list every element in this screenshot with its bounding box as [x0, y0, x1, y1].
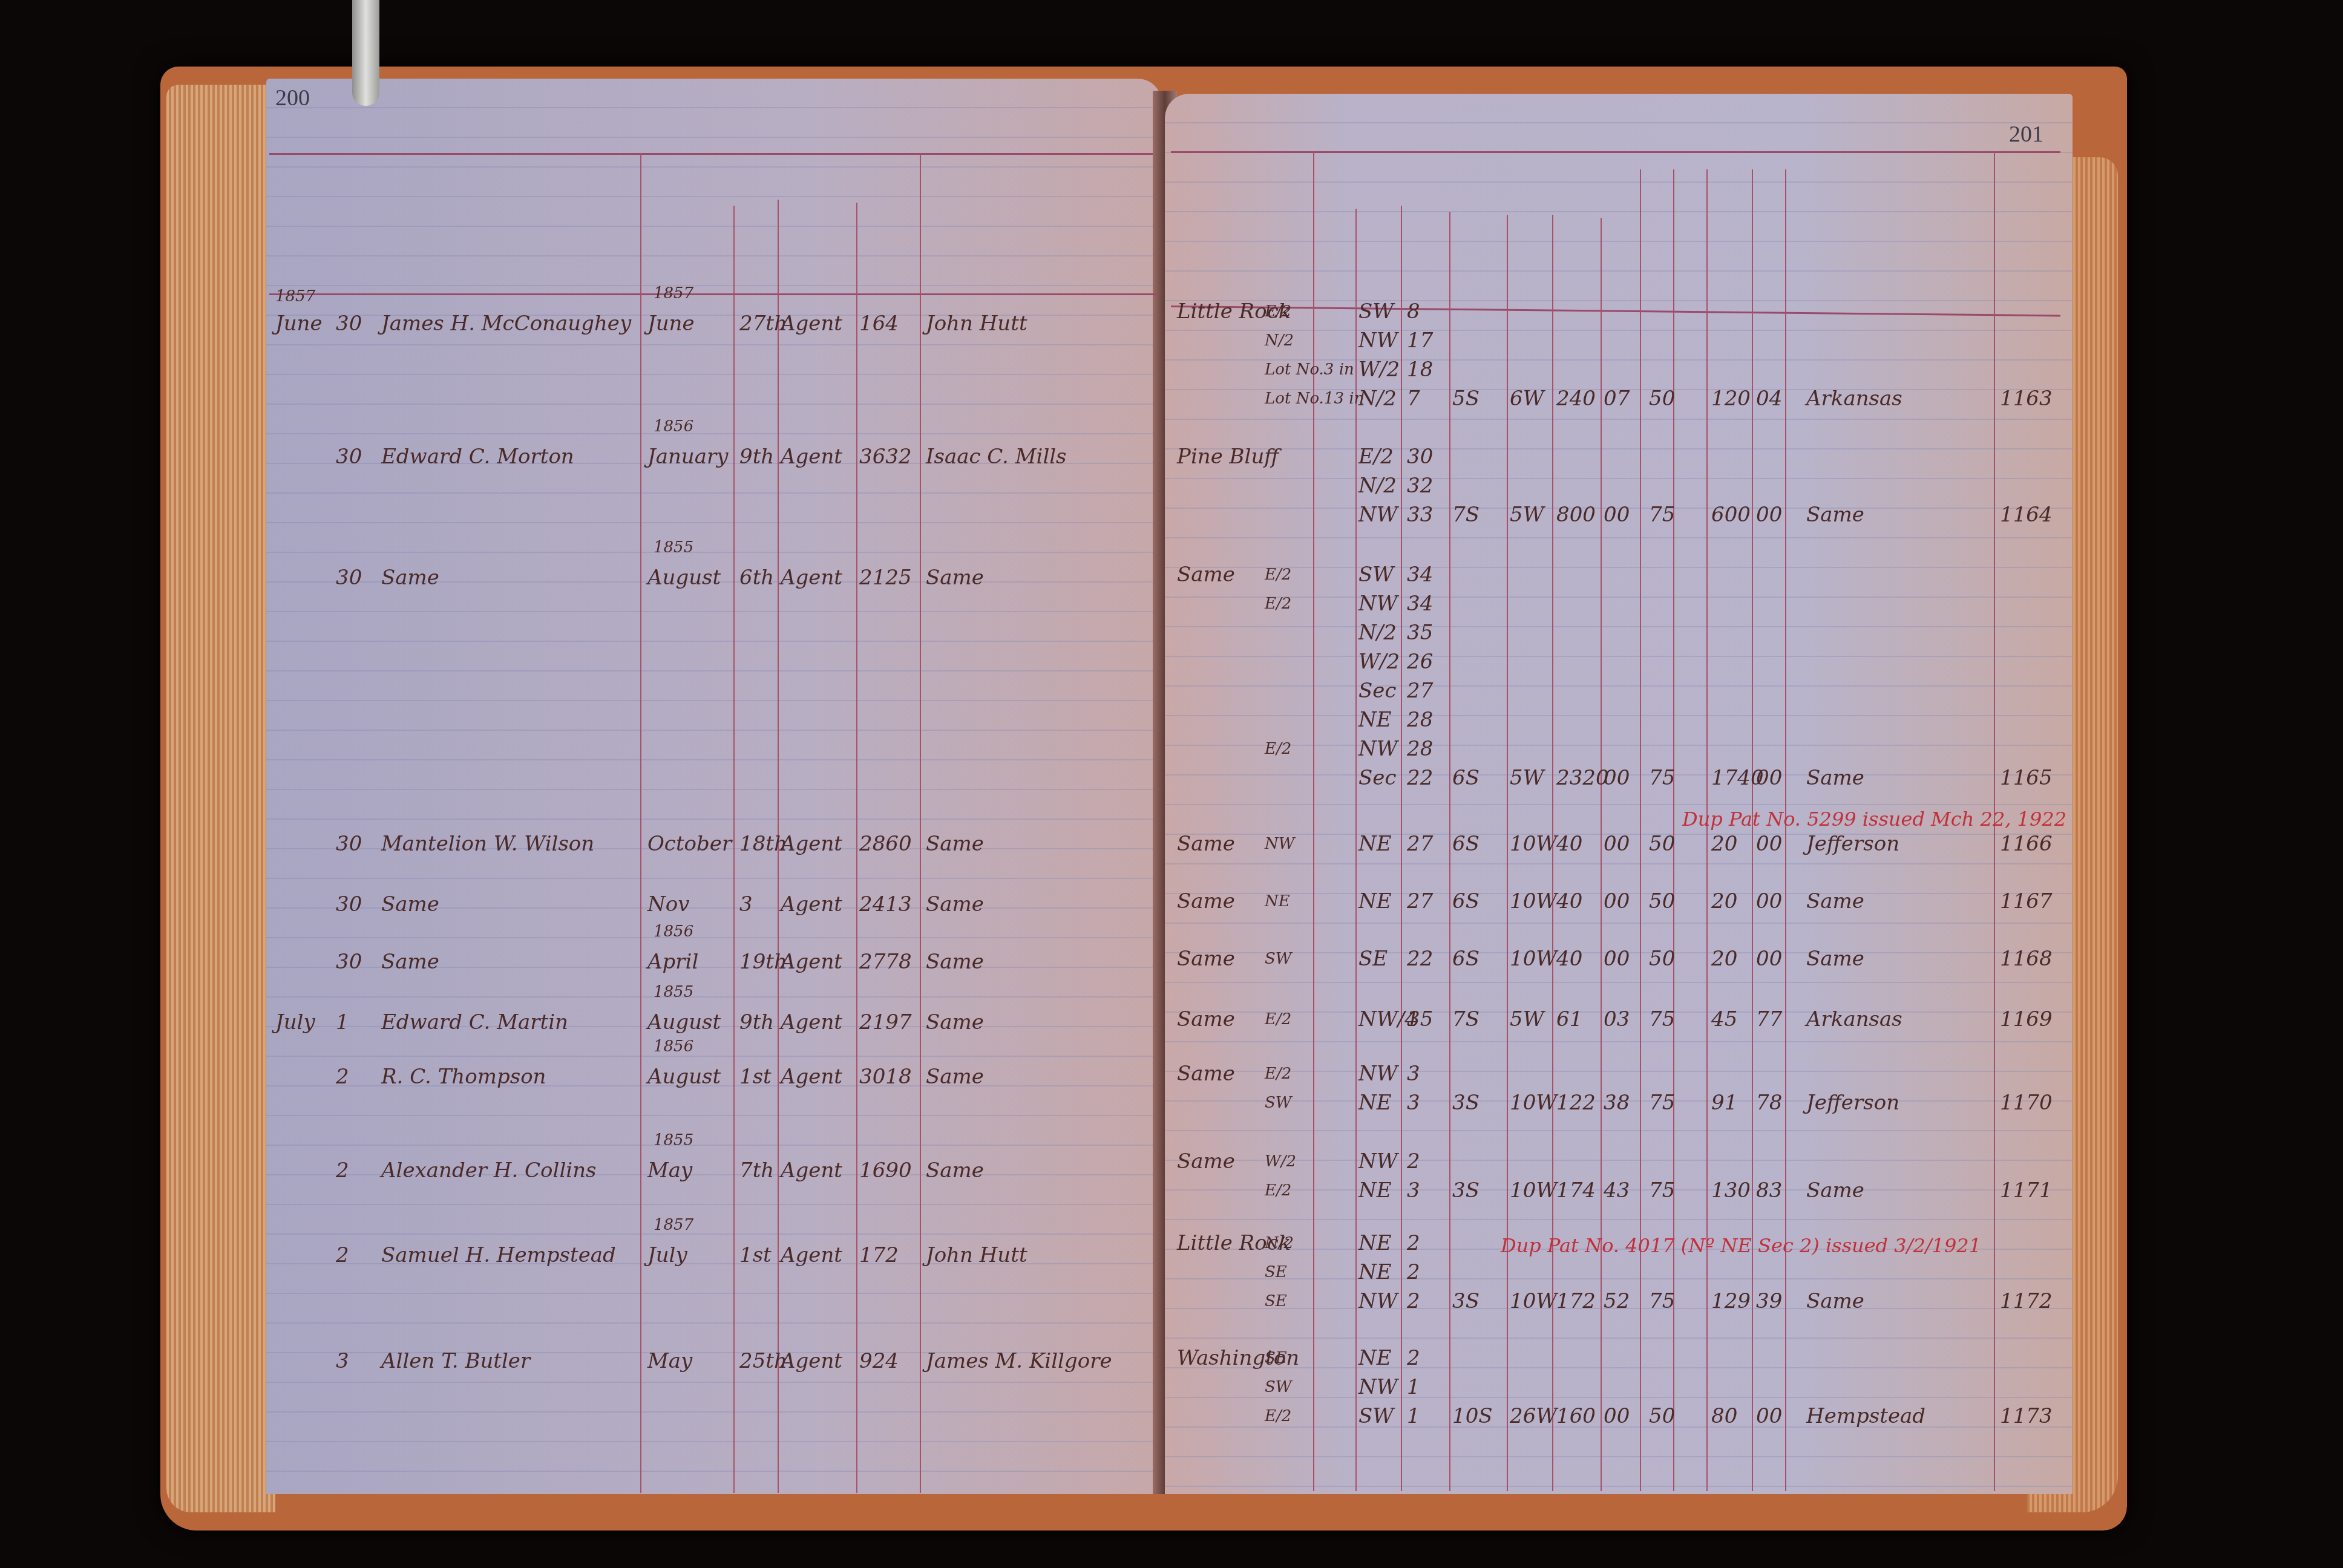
- entry-day: 30: [336, 950, 362, 974]
- acres-fraction: 52: [1604, 1289, 1630, 1313]
- range: 10W: [1510, 1289, 1557, 1313]
- subdivision: Sec: [1358, 766, 1396, 790]
- section-number: 35: [1407, 1007, 1433, 1031]
- certificate-number: 172: [859, 1243, 899, 1267]
- amount: 91: [1711, 1091, 1737, 1115]
- location-year: 1855: [654, 983, 693, 1001]
- column-rule: [733, 206, 735, 1493]
- subdivision-part: SW: [1265, 1094, 1292, 1112]
- entry-month: July: [275, 1010, 315, 1034]
- location-month: January: [647, 445, 728, 469]
- location-day: 6th: [739, 566, 774, 590]
- certificate-number: 3018: [859, 1065, 912, 1089]
- warrant-kind: Agent: [781, 1010, 842, 1034]
- section-number: 22: [1407, 766, 1433, 790]
- section-number: 28: [1407, 708, 1433, 732]
- subdivision-part: E/2: [1265, 740, 1291, 758]
- acres: 61: [1556, 1007, 1582, 1031]
- amount-cents: 00: [1756, 889, 1782, 913]
- section-number: 2: [1407, 1149, 1420, 1174]
- acres: 122: [1556, 1091, 1596, 1115]
- subdivision-part: Lot No.3 in: [1265, 361, 1354, 379]
- purchaser-name: Mantelion W. Wilson: [381, 832, 594, 856]
- location-month: August: [647, 566, 721, 590]
- section-number: 2: [1407, 1231, 1420, 1255]
- township: 6S: [1452, 947, 1480, 971]
- county: Arkansas: [1806, 1007, 1902, 1031]
- agent-name: Same: [926, 566, 984, 590]
- location-day: 9th: [739, 445, 774, 469]
- range: 10W: [1510, 1178, 1557, 1203]
- certificate-number: 2197: [859, 1010, 912, 1034]
- section-number: 8: [1407, 299, 1420, 324]
- section-number: 3: [1407, 1062, 1420, 1086]
- subdivision-part: SE: [1265, 1292, 1287, 1310]
- location-year: 1855: [654, 1131, 693, 1149]
- county: Same: [1806, 766, 1864, 790]
- section-number: 27: [1407, 679, 1433, 703]
- acres-fraction: 00: [1604, 889, 1630, 913]
- amount-cents: 78: [1756, 1091, 1782, 1115]
- warrant-kind: Agent: [781, 1158, 842, 1183]
- section-number: 3: [1407, 1178, 1420, 1203]
- warrant-kind: Agent: [781, 445, 842, 469]
- rate-cents: 75: [1649, 1289, 1675, 1313]
- entry-day: 1: [336, 1010, 349, 1034]
- acres-fraction: 43: [1604, 1178, 1630, 1203]
- section-number: 22: [1407, 947, 1433, 971]
- subdivision: N/2: [1358, 474, 1397, 498]
- agent-name: Same: [926, 950, 984, 974]
- amount: 129: [1711, 1289, 1751, 1313]
- amount: 45: [1711, 1007, 1737, 1031]
- column-rule: [856, 203, 857, 1493]
- agent-name: Same: [926, 1010, 984, 1034]
- subdivision: NE: [1358, 1178, 1392, 1203]
- column-rule: [1507, 215, 1508, 1491]
- location-day: 9th: [739, 1010, 774, 1034]
- location-year: 1855: [654, 538, 693, 557]
- location-month: August: [647, 1065, 721, 1089]
- subdivision-part: E/2: [1265, 302, 1291, 321]
- entry-day: 30: [336, 445, 362, 469]
- rate-cents: 50: [1649, 832, 1675, 856]
- rate-cents: 75: [1649, 766, 1675, 790]
- subdivision: NE: [1358, 1091, 1392, 1115]
- subdivision: NE: [1358, 1231, 1392, 1255]
- county: Same: [1806, 947, 1864, 971]
- duplicate-patent-note: Dup Pat No. 4017 (Nº NE Sec 2) issued 3/…: [1501, 1234, 1981, 1257]
- agent-name: James M. Killgore: [926, 1349, 1112, 1373]
- acres: 240: [1556, 387, 1596, 411]
- agent-name: John Hutt: [926, 1243, 1027, 1267]
- rate-cents: 75: [1649, 503, 1675, 527]
- land-office: Same: [1177, 563, 1235, 587]
- subdivision: NW: [1358, 1289, 1398, 1313]
- location-month: April: [647, 950, 698, 974]
- subdivision: NE: [1358, 1260, 1392, 1284]
- amount: 20: [1711, 889, 1737, 913]
- section-number: 32: [1407, 474, 1433, 498]
- location-day: 7th: [739, 1158, 774, 1183]
- range: 6W: [1510, 387, 1544, 411]
- subdivision: NE: [1358, 708, 1392, 732]
- location-year: 1856: [654, 923, 693, 941]
- location-day: 3: [739, 892, 753, 916]
- header-rule-top-right: [1171, 151, 2060, 153]
- entry-number: 1163: [2000, 387, 2053, 411]
- entry-day: 30: [336, 566, 362, 590]
- entry-year: 1857: [275, 287, 315, 305]
- subdivision-part: N/2: [1265, 332, 1294, 350]
- entry-number: 1168: [2000, 947, 2053, 971]
- subdivision-part: E/2: [1265, 1065, 1291, 1083]
- column-rule: [1449, 212, 1450, 1491]
- township: 5S: [1452, 387, 1480, 411]
- entry-number: 1165: [2000, 766, 2053, 790]
- section-number: 34: [1407, 563, 1433, 587]
- warrant-kind: Agent: [781, 892, 842, 916]
- subdivision-part: SE: [1265, 1349, 1287, 1367]
- location-day: 1st: [739, 1243, 772, 1267]
- warrant-kind: Agent: [781, 1065, 842, 1089]
- subdivision: SW: [1358, 563, 1394, 587]
- section-number: 28: [1407, 737, 1433, 761]
- section-number: 1: [1407, 1404, 1420, 1428]
- warrant-kind: Agent: [781, 1243, 842, 1267]
- acres: 40: [1556, 889, 1582, 913]
- land-office: Same: [1177, 889, 1235, 913]
- subdivision: NW: [1358, 503, 1398, 527]
- amount-cents: 00: [1756, 766, 1782, 790]
- certificate-number: 2413: [859, 892, 912, 916]
- section-number: 26: [1407, 650, 1433, 674]
- entry-number: 1166: [2000, 832, 2053, 856]
- purchaser-name: R. C. Thompson: [381, 1065, 546, 1089]
- subdivision: NE: [1358, 889, 1392, 913]
- location-month: May: [647, 1158, 692, 1183]
- range: 10W: [1510, 832, 1557, 856]
- location-month: June: [647, 312, 695, 336]
- township: 3S: [1452, 1091, 1480, 1115]
- section-number: 33: [1407, 503, 1433, 527]
- amount-cents: 00: [1756, 503, 1782, 527]
- section-number: 18: [1407, 358, 1433, 382]
- acres-fraction: 00: [1604, 1404, 1630, 1428]
- amount-cents: 83: [1756, 1178, 1782, 1203]
- subdivision: N/2: [1358, 621, 1397, 645]
- rate-cents: 75: [1649, 1178, 1675, 1203]
- township: 6S: [1452, 766, 1480, 790]
- township: 3S: [1452, 1178, 1480, 1203]
- subdivision-part: E/2: [1265, 566, 1291, 584]
- location-day: 25th: [739, 1349, 787, 1373]
- acres-fraction: 03: [1604, 1007, 1630, 1031]
- township: 3S: [1452, 1289, 1480, 1313]
- subdivision: NW: [1358, 592, 1398, 616]
- location-month: August: [647, 1010, 721, 1034]
- entry-number: 1170: [2000, 1091, 2053, 1115]
- subdivision: NE: [1358, 832, 1392, 856]
- county: Same: [1806, 503, 1864, 527]
- page-edges-left: [166, 85, 275, 1512]
- range: 10W: [1510, 889, 1557, 913]
- subdivision: NW: [1358, 328, 1398, 353]
- acres: 174: [1556, 1178, 1596, 1203]
- purchaser-name: Samuel H. Hempstead: [381, 1243, 616, 1267]
- agent-name: Same: [926, 1158, 984, 1183]
- subdivision-part: E/2: [1265, 1181, 1291, 1200]
- subdivision: NE: [1358, 1346, 1392, 1370]
- purchaser-name: Allen T. Butler: [381, 1349, 530, 1373]
- amount-cents: 00: [1756, 947, 1782, 971]
- amount-cents: 39: [1756, 1289, 1782, 1313]
- subdivision-part: Lot No.13 in: [1265, 390, 1364, 408]
- township: 7S: [1452, 1007, 1480, 1031]
- certificate-number: 2125: [859, 566, 912, 590]
- certificate-number: 2778: [859, 950, 912, 974]
- agent-name: John Hutt: [926, 312, 1027, 336]
- range: 26W: [1510, 1404, 1557, 1428]
- amount: 120: [1711, 387, 1751, 411]
- location-month: Nov: [647, 892, 689, 916]
- range: 5W: [1510, 766, 1544, 790]
- purchaser-name: Same: [381, 950, 439, 974]
- column-rule: [1313, 151, 1314, 1491]
- subdivision-part: E/2: [1265, 1010, 1291, 1028]
- subdivision: E/2: [1358, 445, 1394, 469]
- land-office: Same: [1177, 1149, 1235, 1174]
- land-office: Pine Bluff: [1177, 445, 1279, 469]
- entry-number: 1171: [2000, 1178, 2053, 1203]
- certificate-number: 164: [859, 312, 899, 336]
- page-number-right: 201: [2009, 121, 2043, 148]
- entry-day: 30: [336, 312, 362, 336]
- subdivision: NW: [1358, 1375, 1398, 1399]
- county: Hempstead: [1806, 1404, 1925, 1428]
- subdivision: SE: [1358, 947, 1388, 971]
- rate-cents: 50: [1649, 387, 1675, 411]
- subdivision-part: N/2: [1265, 1234, 1294, 1252]
- purchaser-name: Same: [381, 892, 439, 916]
- subdivision-part: E/2: [1265, 595, 1291, 613]
- entry-number: 1169: [2000, 1007, 2053, 1031]
- left-page: [266, 79, 1162, 1494]
- township: 6S: [1452, 832, 1480, 856]
- township: 6S: [1452, 889, 1480, 913]
- rate-cents: 50: [1649, 889, 1675, 913]
- purchaser-name: James H. McConaughey: [381, 312, 631, 336]
- warrant-kind: Agent: [781, 832, 842, 856]
- certificate-number: 2860: [859, 832, 912, 856]
- land-office: Same: [1177, 1007, 1235, 1031]
- location-month: July: [647, 1243, 687, 1267]
- entry-day: 2: [336, 1065, 349, 1089]
- entry-day: 30: [336, 832, 362, 856]
- subdivision-part: SE: [1265, 1263, 1287, 1281]
- section-number: 7: [1407, 387, 1420, 411]
- subdivision: W/2: [1358, 650, 1400, 674]
- subdivision: W/2: [1358, 358, 1400, 382]
- section-number: 27: [1407, 889, 1433, 913]
- purchaser-name: Same: [381, 566, 439, 590]
- location-month: May: [647, 1349, 692, 1373]
- amount-cents: 00: [1756, 1404, 1782, 1428]
- acres-fraction: 38: [1604, 1091, 1630, 1115]
- header-rule-bottom-left: [269, 293, 1159, 295]
- entry-day: 2: [336, 1158, 349, 1183]
- amount-cents: 00: [1756, 832, 1782, 856]
- township: 10S: [1452, 1404, 1493, 1428]
- rate-cents: 75: [1649, 1091, 1675, 1115]
- subdivision-part: NE: [1265, 892, 1290, 910]
- land-office: Same: [1177, 947, 1235, 971]
- county: Same: [1806, 889, 1864, 913]
- location-day: 1st: [739, 1065, 772, 1089]
- acres: 40: [1556, 947, 1582, 971]
- amount: 130: [1711, 1178, 1751, 1203]
- certificate-number: 3632: [859, 445, 912, 469]
- subdivision-part: W/2: [1265, 1152, 1296, 1171]
- location-year: 1857: [654, 1216, 693, 1234]
- entry-number: 1167: [2000, 889, 2053, 913]
- subdivision: NW: [1358, 737, 1398, 761]
- acres-fraction: 00: [1604, 766, 1630, 790]
- rate-cents: 50: [1649, 947, 1675, 971]
- column-rule: [920, 153, 921, 1493]
- subdivision: SW: [1358, 1404, 1394, 1428]
- duplicate-patent-note: Dup Pat No. 5299 issued Mch 22, 1922: [1682, 808, 2066, 831]
- warrant-kind: Agent: [781, 1349, 842, 1373]
- metal-bookmark-clip: [352, 0, 379, 106]
- section-number: 1: [1407, 1375, 1420, 1399]
- amount-cents: 04: [1756, 387, 1782, 411]
- agent-name: Same: [926, 892, 984, 916]
- township: 7S: [1452, 503, 1480, 527]
- range: 5W: [1510, 503, 1544, 527]
- column-rule: [640, 153, 641, 1493]
- acres-fraction: 00: [1604, 832, 1630, 856]
- amount: 20: [1711, 832, 1737, 856]
- acres: 2320: [1556, 766, 1609, 790]
- acres: 160: [1556, 1404, 1596, 1428]
- county: Same: [1806, 1289, 1864, 1313]
- location-day: 19th: [739, 950, 787, 974]
- location-day: 27th: [739, 312, 787, 336]
- location-year: 1856: [654, 1037, 693, 1056]
- land-office: Same: [1177, 1062, 1235, 1086]
- range: 10W: [1510, 1091, 1557, 1115]
- county: Jefferson: [1806, 832, 1899, 856]
- subdivision-part: SW: [1265, 1378, 1292, 1396]
- section-number: 2: [1407, 1260, 1420, 1284]
- section-number: 2: [1407, 1346, 1420, 1370]
- entry-number: 1164: [2000, 503, 2053, 527]
- warrant-kind: Agent: [781, 950, 842, 974]
- rate-cents: 75: [1649, 1007, 1675, 1031]
- section-number: 3: [1407, 1091, 1420, 1115]
- range: 5W: [1510, 1007, 1544, 1031]
- entry-month: June: [275, 312, 323, 336]
- header-rule-top-left: [269, 153, 1153, 155]
- column-rule: [1601, 218, 1602, 1491]
- purchaser-name: Edward C. Martin: [381, 1010, 568, 1034]
- section-number: 27: [1407, 832, 1433, 856]
- agent-name: Isaac C. Mills: [926, 445, 1067, 469]
- subdivision: NW: [1358, 1062, 1398, 1086]
- entry-number: 1173: [2000, 1404, 2053, 1428]
- warrant-kind: Agent: [781, 566, 842, 590]
- county: Same: [1806, 1178, 1864, 1203]
- acres-fraction: 00: [1604, 503, 1630, 527]
- land-office: Same: [1177, 832, 1235, 856]
- amount-cents: 77: [1756, 1007, 1782, 1031]
- certificate-number: 1690: [859, 1158, 912, 1183]
- right-page: [1165, 94, 2073, 1494]
- acres-fraction: 00: [1604, 947, 1630, 971]
- subdivision: Sec: [1358, 679, 1396, 703]
- subdivision-part: SW: [1265, 950, 1292, 968]
- page-number-left: 200: [275, 85, 310, 111]
- section-number: 30: [1407, 445, 1433, 469]
- subdivision-part: E/2: [1265, 1407, 1291, 1425]
- range: 10W: [1510, 947, 1557, 971]
- amount: 600: [1711, 503, 1751, 527]
- amount: 80: [1711, 1404, 1737, 1428]
- rate-cents: 50: [1649, 1404, 1675, 1428]
- location-year: 1857: [654, 284, 693, 302]
- entry-day: 3: [336, 1349, 349, 1373]
- subdivision: NW: [1358, 1149, 1398, 1174]
- location-year: 1856: [654, 417, 693, 436]
- county: Arkansas: [1806, 387, 1902, 411]
- column-rule: [1401, 206, 1402, 1491]
- warrant-kind: Agent: [781, 312, 842, 336]
- purchaser-name: Edward C. Morton: [381, 445, 574, 469]
- section-number: 17: [1407, 328, 1433, 353]
- entry-number: 1172: [2000, 1289, 2053, 1313]
- column-rule: [1640, 169, 1641, 1491]
- acres: 172: [1556, 1289, 1596, 1313]
- section-number: 35: [1407, 621, 1433, 645]
- agent-name: Same: [926, 832, 984, 856]
- amount: 20: [1711, 947, 1737, 971]
- location-month: October: [647, 832, 732, 856]
- section-number: 2: [1407, 1289, 1420, 1313]
- acres: 800: [1556, 503, 1596, 527]
- agent-name: Same: [926, 1065, 984, 1089]
- certificate-number: 924: [859, 1349, 899, 1373]
- acres: 40: [1556, 832, 1582, 856]
- section-number: 34: [1407, 592, 1433, 616]
- location-day: 18th: [739, 832, 787, 856]
- subdivision: N/2: [1358, 387, 1397, 411]
- entry-day: 2: [336, 1243, 349, 1267]
- subdivision: SW: [1358, 299, 1394, 324]
- purchaser-name: Alexander H. Collins: [381, 1158, 597, 1183]
- acres-fraction: 07: [1604, 387, 1630, 411]
- subdivision-part: NW: [1265, 835, 1294, 853]
- county: Jefferson: [1806, 1091, 1899, 1115]
- entry-day: 30: [336, 892, 362, 916]
